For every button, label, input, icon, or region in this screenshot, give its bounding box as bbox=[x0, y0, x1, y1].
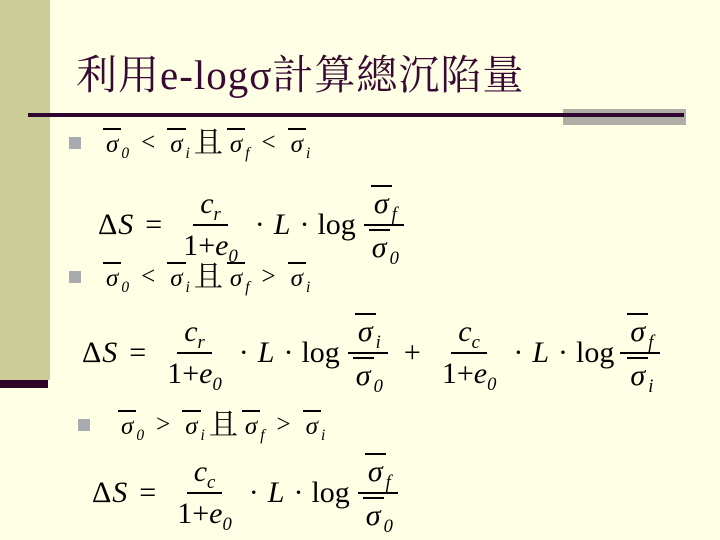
title-rule-highlight bbox=[563, 109, 686, 125]
compression-ratio-fraction: cr 1+e0 bbox=[176, 186, 245, 263]
sigma-bar-0: σ0 bbox=[363, 499, 393, 532]
dot-operator: · bbox=[558, 336, 568, 370]
dot-operator: · bbox=[299, 208, 309, 242]
sigma-bar-i: σi bbox=[355, 315, 381, 348]
layer-thickness-L: L bbox=[268, 476, 285, 510]
relation-operator: < bbox=[141, 263, 155, 291]
delta-S: ΔS bbox=[98, 208, 133, 242]
bullet-row-1: σ0 < σi 且 σf < σi bbox=[69, 123, 314, 163]
condition-1: σ0 < σi 且 σf < σi bbox=[99, 128, 314, 159]
slide: 利用e-logσ計算總沉陷量 σ0 < σi 且 σf < σi ΔS = cr… bbox=[0, 0, 720, 540]
delta-S: ΔS bbox=[82, 336, 117, 370]
virgin-compression-term: cc 1+e0 · L · log σf σi bbox=[433, 312, 663, 393]
relation-operator: < bbox=[141, 129, 155, 157]
sigma-bar-f: σf bbox=[371, 187, 397, 220]
sigma-bar-f: σf bbox=[227, 262, 250, 293]
plus-operator: + bbox=[404, 336, 421, 370]
conjunction-and: 且 bbox=[209, 411, 238, 440]
sigma-bar-0: σ0 bbox=[369, 231, 399, 264]
compression-index-fraction: cc 1+e0 bbox=[170, 454, 239, 531]
sigma-bar-f: σf bbox=[227, 128, 250, 159]
sigma-bar-i: σi bbox=[167, 262, 190, 293]
condition-3: σ0 > σi 且 σf > σi bbox=[114, 410, 329, 441]
layer-thickness-L: L bbox=[274, 208, 291, 242]
bullet-square-icon bbox=[69, 271, 81, 283]
compression-index-fraction: cc 1+e0 bbox=[435, 314, 504, 391]
stress-ratio-fraction: σf σi bbox=[620, 312, 660, 393]
bullet-square-icon bbox=[78, 419, 90, 431]
sigma-bar-0: σ0 bbox=[353, 359, 383, 392]
left-accent-band bbox=[0, 0, 50, 380]
relation-operator: < bbox=[262, 129, 276, 157]
sigma-bar-i: σi bbox=[303, 410, 326, 441]
slide-title: 利用e-logσ計算總沉陷量 bbox=[76, 42, 524, 101]
equals-sign: = bbox=[129, 336, 146, 370]
bullet-row-2: σ0 < σi 且 σf > σi bbox=[69, 257, 314, 297]
equals-sign: = bbox=[139, 476, 156, 510]
sigma-bar-f: σf bbox=[365, 455, 391, 488]
sigma-bar-f: σf bbox=[627, 315, 653, 348]
log-function: log bbox=[576, 336, 614, 370]
dot-operator: · bbox=[239, 336, 249, 370]
sigma-bar-0: σ0 bbox=[103, 262, 129, 293]
settlement-term: cc 1+e0 · L · log σf σ0 bbox=[168, 452, 402, 533]
sigma-bar-i: σi bbox=[182, 410, 205, 441]
delta-S: ΔS bbox=[92, 476, 127, 510]
sigma-bar-0: σ0 bbox=[103, 128, 129, 159]
sigma-bar-i: σi bbox=[288, 262, 311, 293]
sigma-bar-i: σi bbox=[288, 128, 311, 159]
relation-operator: > bbox=[277, 411, 291, 439]
dot-operator: · bbox=[255, 208, 265, 242]
sigma-bar-i: σi bbox=[627, 359, 653, 392]
conjunction-and: 且 bbox=[194, 129, 223, 158]
sigma-bar-i: σi bbox=[167, 128, 190, 159]
log-function: log bbox=[301, 336, 339, 370]
condition-2: σ0 < σi 且 σf > σi bbox=[99, 262, 314, 293]
conjunction-and: 且 bbox=[194, 263, 223, 292]
equals-sign: = bbox=[145, 208, 162, 242]
log-function: log bbox=[317, 208, 355, 242]
bullet-row-3: σ0 > σi 且 σf > σi bbox=[78, 405, 329, 445]
bullet-square-icon bbox=[69, 137, 81, 149]
relation-operator: > bbox=[156, 411, 170, 439]
title-rule bbox=[28, 113, 684, 117]
stress-ratio-fraction: σi σ0 bbox=[346, 312, 390, 393]
layer-thickness-L: L bbox=[532, 336, 549, 370]
formula-case-1: ΔS = cr 1+e0 · L · log σf σ0 bbox=[98, 184, 408, 265]
left-accent-bar bbox=[0, 380, 48, 388]
dot-operator: · bbox=[513, 336, 523, 370]
sigma-bar-0: σ0 bbox=[118, 410, 144, 441]
dot-operator: · bbox=[249, 476, 259, 510]
log-function: log bbox=[311, 476, 349, 510]
compression-ratio-fraction: cr 1+e0 bbox=[160, 314, 229, 391]
relation-operator: > bbox=[262, 263, 276, 291]
formula-case-2: ΔS = cr 1+e0 · L · log σi σ0 + cc 1+e0 ·… bbox=[82, 312, 662, 393]
sigma-bar-f: σf bbox=[242, 410, 265, 441]
layer-thickness-L: L bbox=[258, 336, 275, 370]
stress-ratio-fraction: σf σ0 bbox=[356, 452, 400, 533]
formula-case-3: ΔS = cc 1+e0 · L · log σf σ0 bbox=[92, 452, 402, 533]
stress-ratio-fraction: σf σ0 bbox=[362, 184, 406, 265]
settlement-term: cr 1+e0 · L · log σf σ0 bbox=[174, 184, 408, 265]
dot-operator: · bbox=[283, 336, 293, 370]
dot-operator: · bbox=[293, 476, 303, 510]
recompression-term: cr 1+e0 · L · log σi σ0 bbox=[158, 312, 392, 393]
